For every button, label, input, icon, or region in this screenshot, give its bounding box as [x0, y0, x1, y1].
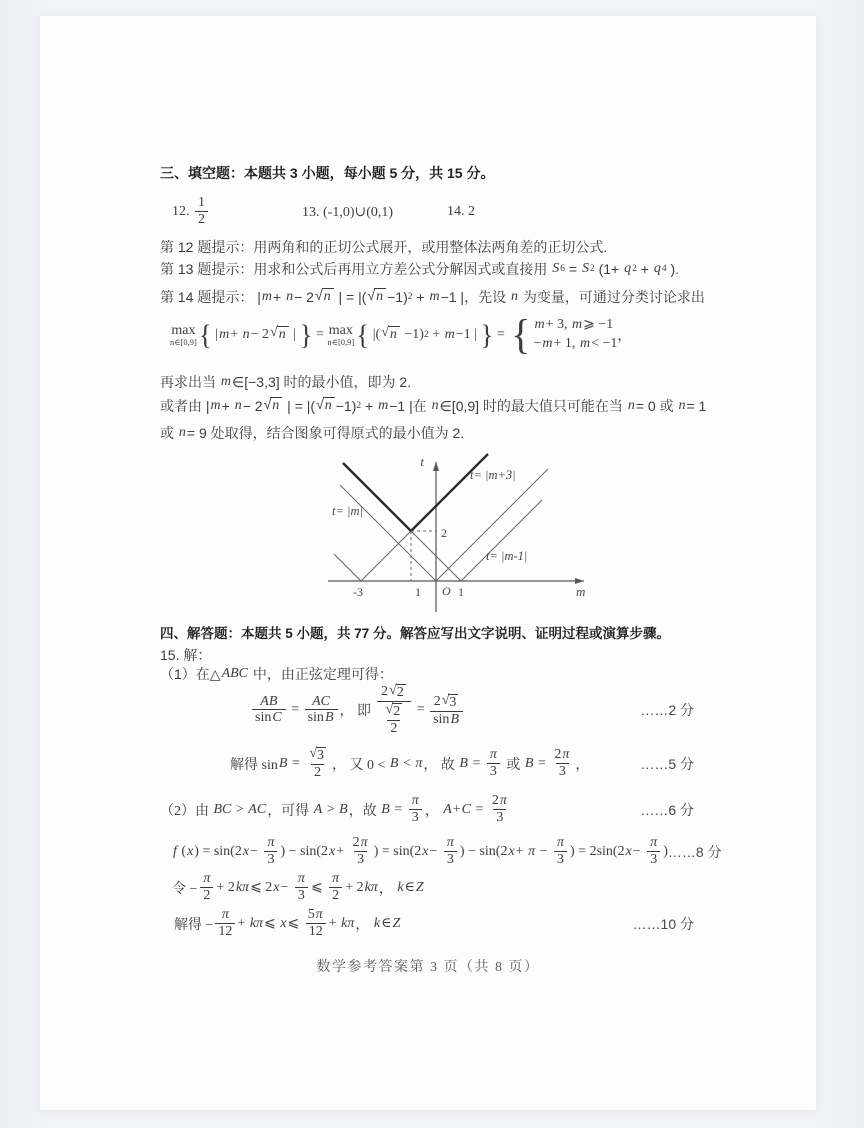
math-token: 2 [396, 684, 406, 701]
math-token: = [288, 702, 303, 718]
math-token: √3 [442, 694, 459, 711]
math-token: ) = sin(2 [194, 844, 242, 860]
math-token: （1）在△ [160, 664, 221, 684]
math-token: π [527, 844, 536, 860]
math-token: > [323, 802, 338, 818]
math-token: 或 [503, 754, 524, 774]
math-token: √3 [305, 747, 330, 764]
math-token: n [234, 398, 243, 414]
math-token: = [391, 802, 406, 818]
math-token: ∈ [381, 915, 391, 932]
math-token: π [221, 908, 230, 923]
math-token: π3 [408, 794, 423, 825]
math-token: 3 [412, 811, 419, 826]
math-token: π [297, 872, 306, 887]
math-token: C [461, 802, 472, 818]
math-token: π [649, 836, 658, 851]
math-token: 2 [554, 748, 561, 763]
math-token: = [493, 327, 508, 343]
math-token: = [313, 327, 328, 343]
math-token: m [261, 289, 273, 305]
math-token: + [329, 916, 340, 932]
math-token: B [449, 713, 460, 728]
math-token: 3 [354, 851, 367, 868]
math-token: − 2 [294, 289, 314, 305]
math-token: √22 [377, 701, 412, 737]
math-token: π [202, 872, 211, 887]
math-token: π [411, 794, 420, 809]
math-token: 2π [489, 794, 511, 809]
math-token: kπ [249, 916, 264, 932]
math-token: m [579, 335, 591, 354]
absolute-value-graph: t m O -3 1 1 2 t= |m+3| t= |m| t= |m-1| [320, 448, 600, 620]
math-token: x [421, 844, 429, 860]
math-token: k [373, 916, 381, 932]
math-token: − [534, 335, 542, 354]
math-token: Z [391, 916, 401, 932]
math-token: ， 故 [423, 754, 458, 774]
part1-intro-text: （1）在△ABC 中，由正弦定理可得： [160, 664, 393, 684]
math-token: Z [415, 880, 425, 896]
math-token: 12 [215, 923, 235, 940]
math-token: n [270, 397, 282, 414]
math-token: 3 [317, 748, 324, 764]
math-token: 2 [332, 889, 339, 904]
math-token: √n [367, 288, 386, 305]
origin-label: O [442, 584, 451, 598]
math-token: 2 [393, 704, 400, 720]
math-token: √ [442, 694, 450, 708]
math-token: x [186, 844, 194, 860]
math-token: 12 [195, 196, 208, 227]
math-token: S [551, 261, 560, 277]
math-token: 12 [306, 923, 326, 940]
math-token: m+ 3, m⩾ −1−m+ 1, m< −1 [534, 316, 618, 354]
math-token: ， 又 0 < [332, 754, 389, 774]
section3-heading: 三、填空题：本题共 3 小题，每小题 5 分，共 15 分。 [160, 163, 694, 183]
math-token: (1+ [595, 261, 623, 277]
math-token: √ [264, 397, 272, 411]
t-axis-arrow-icon [433, 462, 439, 471]
math-token: ， [425, 800, 443, 820]
math-token: 3 [490, 765, 497, 780]
math-token: ABsinC [252, 695, 286, 726]
math-token: n [323, 289, 332, 305]
math-token: −1 | [456, 327, 481, 343]
math-token: m+ 3, m⩾ −1 [534, 316, 614, 335]
math-token: m [218, 327, 230, 343]
math-token: 5 [308, 908, 315, 923]
math-token: π [556, 836, 565, 851]
math-token: n [285, 289, 294, 305]
math-token: ) − sin(2 [460, 844, 508, 860]
solution-range-line: 解得 −π12+ kπ⩽ x⩽ 5π12+ kπ， k∈Z ……10 分 [160, 908, 694, 939]
math-token: π [263, 836, 278, 851]
math-token: n∈[0,9] [170, 338, 197, 347]
math-token: − [633, 844, 644, 860]
math-token: 5π [305, 908, 327, 923]
math-token: = [413, 702, 428, 718]
math-token: 5π12 [305, 908, 327, 939]
math-token: n [375, 289, 384, 305]
max-formula: maxn∈[0,9]{ |m+ n− 2√n | } = maxn∈[0,9]{… [170, 316, 631, 354]
math-token: 3 [267, 853, 274, 868]
math-token: maxn∈[0,9] [327, 324, 354, 347]
score-mark: ……5 分 [640, 754, 694, 774]
math-token: sinB [305, 709, 338, 726]
fx-line: f (x) = sin(2x− π3) − sin(2x+ 2π3) = sin… [160, 836, 694, 867]
label-curve-m-plus-3: t= |m+3| [470, 468, 516, 482]
math-token: 3 [264, 851, 277, 868]
math-token: 3 [295, 887, 308, 904]
math-token: √ [389, 684, 397, 698]
math-token: B [524, 756, 535, 772]
math-token: π3 [486, 748, 501, 779]
math-token: sin [255, 711, 271, 726]
math-token: π3 [646, 836, 661, 867]
tick-2: 2 [441, 526, 447, 540]
math-token: 中，由正弦定理可得： [249, 664, 393, 684]
math-token: maxn∈[0,9] [170, 324, 197, 347]
math-token: k [396, 880, 404, 896]
math-token: = 9 处取得，结合图象可得原式的最小值为 2. [187, 423, 464, 443]
math-token: 2π3 [350, 836, 372, 867]
math-token: + 2 [216, 880, 234, 896]
math-token: m [210, 398, 222, 414]
math-token: ). [667, 261, 679, 277]
math-token: ( [178, 844, 186, 860]
label-curve-m-minus-1: t= |m-1| [486, 549, 527, 563]
score-mark: ……8 分 [668, 842, 722, 862]
math-token: S [581, 261, 590, 277]
math-token: n [374, 288, 386, 305]
math-token: + [412, 289, 428, 305]
math-token: m [377, 398, 389, 414]
sine-rule-formula: ABsinC = ACsinB， 即 2√2√22 = 2√3sinB [250, 684, 465, 737]
solution-range-formula: 解得 −π12+ kπ⩽ x⩽ 5π12+ kπ， k∈Z [174, 908, 401, 939]
math-token: ，可得 [267, 800, 313, 820]
math-token: π [199, 872, 214, 887]
math-token: 2 [195, 211, 208, 228]
math-token: 3 [554, 851, 567, 868]
math-token: 3 [487, 763, 500, 780]
math-token: 2π [551, 748, 573, 763]
math-token: sinB [430, 711, 463, 728]
math-token: | = |( [335, 289, 367, 305]
math-token: {m+ 3, m⩾ −1−m+ 1, m< −1 [511, 316, 617, 354]
math-token: B [458, 756, 469, 772]
math-token: π [408, 794, 423, 809]
math-token: √n [264, 397, 283, 414]
math-token: n [178, 425, 187, 441]
fill-blank-answer-row: 12. 12 13. (-1,0)∪(0,1) 14. 2 [160, 192, 694, 232]
math-token: { [511, 317, 530, 353]
math-token: { [356, 322, 369, 348]
math-token: B [389, 756, 400, 772]
math-token: π12 [215, 908, 235, 939]
math-token: sin [433, 713, 449, 728]
math-token: < [399, 756, 414, 772]
math-token: 2 [311, 764, 324, 781]
math-token: 2 [329, 887, 342, 904]
math-token: n [323, 397, 335, 414]
math-token: C [271, 711, 282, 726]
math-token: n [677, 398, 686, 414]
math-token: max [329, 324, 353, 338]
min-value-line: 再求出当 m∈[−3,3] 时的最小值，即为 2. [160, 372, 694, 392]
math-token: 再求出当 [160, 372, 220, 392]
math-token: − [536, 844, 551, 860]
math-token: n [388, 326, 400, 343]
math-token: + [336, 844, 347, 860]
math-token: 3 [409, 809, 422, 826]
math-token: √22 [382, 703, 407, 737]
m-axis-label: m [576, 584, 585, 599]
math-token: ，故 [349, 800, 381, 820]
score-mark: ……2 分 [640, 700, 694, 720]
math-token: + [516, 844, 527, 860]
math-token: 12. [172, 204, 193, 220]
math-token: π [446, 836, 455, 851]
math-token: ， [379, 878, 397, 898]
math-token: √32 [305, 747, 330, 781]
math-token: √ [309, 747, 317, 761]
math-token: + 3, [546, 316, 571, 335]
math-token: 12 [309, 925, 323, 940]
math-token: max [171, 324, 195, 338]
math-token: ) − sin(2 [280, 844, 328, 860]
math-token: ⩽ [264, 915, 279, 932]
math-token: 2 [390, 722, 397, 737]
math-token: ACsinB [305, 695, 338, 726]
math-token: π3 [443, 836, 458, 867]
math-token: （2）由 [160, 800, 213, 820]
math-token: + [230, 327, 241, 343]
hint-13-formula: 第 13 题提示：用求和公式后再用立方差公式分解因式或直接用 S6 = S2 (… [160, 259, 679, 279]
math-token: π [489, 748, 498, 763]
math-token: π [646, 836, 661, 851]
math-token: ⩾ −1 [583, 316, 613, 335]
math-token: AC [247, 802, 267, 818]
math-token: √ [386, 703, 394, 717]
math-token: π [486, 748, 501, 763]
math-token: 1 [195, 196, 208, 211]
math-token: m [444, 327, 456, 343]
math-token: AB [256, 695, 281, 710]
answer-sheet-page: 三、填空题：本题共 3 小题，每小题 5 分，共 15 分。 12. 12 13… [40, 16, 816, 1110]
math-token: + [273, 289, 285, 305]
inequality-line: 令 −π2+ 2kπ⩽ 2x− π3⩽ π2+ 2kπ， k∈Z [160, 872, 694, 903]
photo-background: 三、填空题：本题共 3 小题，每小题 5 分，共 15 分。 12. 12 13… [0, 0, 864, 1128]
math-token: 3 [444, 851, 457, 868]
math-token: n [278, 327, 287, 343]
math-token: 2 [492, 794, 499, 809]
math-token: √ [270, 326, 278, 340]
math-token: 解得 − [174, 914, 213, 934]
math-token: kπ [364, 880, 379, 896]
hint-13: 第 13 题提示：用求和公式后再用立方差公式分解因式或直接用 S6 = S2 (… [160, 259, 694, 279]
hint-12: 第 12 题提示：用两角和的正切公式展开，或用整体法两角差的正切公式. [160, 237, 694, 257]
math-token: π [414, 756, 423, 772]
math-token: 解得 sin [230, 754, 278, 774]
math-token: n [627, 398, 636, 414]
math-token: m [428, 289, 440, 305]
math-token: 3 [449, 695, 456, 711]
math-token: x [242, 844, 250, 860]
math-token: 或 [160, 423, 178, 443]
math-token: ∈[−3,3] 时的最小值，即为 2. [232, 372, 411, 392]
math-token: √2 [382, 703, 407, 720]
math-token: 2 [200, 887, 213, 904]
math-token: sin [308, 711, 324, 726]
math-token: − [281, 880, 292, 896]
math-token: π [331, 872, 340, 887]
math-token: = 1 [686, 398, 706, 414]
math-token: 令 − [172, 878, 197, 898]
part1-intro: （1）在△ABC 中，由正弦定理可得： [160, 664, 694, 684]
math-token: B [324, 711, 335, 726]
math-token: + [222, 398, 234, 414]
math-token: + [637, 261, 653, 277]
math-token: − 2 [251, 327, 269, 343]
math-token: − [429, 844, 440, 860]
math-token: n∈[0,9] [327, 338, 354, 347]
math-token: 3 [556, 763, 569, 780]
math-token: ， [355, 914, 373, 934]
math-token: 3 [447, 853, 454, 868]
math-token: − 2 [243, 398, 263, 414]
math-token: kπ [235, 880, 250, 896]
math-token: 2 [392, 703, 402, 720]
math-token: 12 [218, 925, 232, 940]
sinB-line: 解得 sinB = √32， 又 0 < B < π， 故 B = π3 或 B… [160, 747, 694, 781]
alternative-formula-2: 或 n= 9 处取得，结合图象可得原式的最小值为 2. [160, 423, 464, 443]
math-token: 2 [397, 685, 404, 701]
math-token: 2√3 [431, 694, 463, 711]
math-token: q [623, 261, 632, 277]
score-mark: ……6 分 [640, 800, 694, 820]
math-token: −1 |，先设 [441, 287, 510, 307]
math-token: | = |( [283, 398, 315, 414]
math-token: √n [315, 288, 334, 305]
math-token: m [220, 374, 232, 390]
math-token: = 0 或 [636, 396, 678, 416]
sinB-formula: 解得 sinB = √32， 又 0 < B < π， 故 B = π3 或 B… [230, 747, 589, 781]
math-token: √n [316, 397, 335, 414]
math-token: ) = sin(2 [374, 844, 422, 860]
math-token: 2 [198, 213, 205, 228]
math-token: 3 [448, 694, 458, 711]
math-token: π2 [199, 872, 214, 903]
math-token: + [361, 398, 377, 414]
math-token: B [380, 802, 391, 818]
math-token: = [565, 261, 581, 277]
math-token: 3 [357, 853, 364, 868]
math-token: A [313, 802, 324, 818]
t-axis-label: t [420, 454, 424, 469]
math-token: √2 [386, 703, 403, 720]
math-token: π [553, 836, 568, 851]
math-token: 2 [434, 695, 441, 710]
math-token: π [561, 748, 570, 763]
hint-14: 第 14 题提示： |m+ n− 2√n | = |(√n−1)2 + m−1 … [160, 287, 694, 307]
section4-heading: 四、解答题：本题共 5 小题，共 77 分。解答应写出文字说明、证明过程或演算步… [160, 622, 694, 642]
part2-formula: （2）由 BC > AC，可得 A > B，故 B = π3， A+C = 2π… [160, 794, 513, 825]
math-token: x [507, 844, 515, 860]
inequality-formula: 令 −π2+ 2kπ⩽ 2x− π3⩽ π2+ 2kπ， k∈Z [172, 872, 425, 903]
math-token: 第 13 题提示：用求和公式后再用立方差公式分解因式或直接用 [160, 259, 551, 279]
math-token: + [429, 327, 444, 343]
math-token: A [442, 802, 453, 818]
math-token: 第 14 题提示： | [160, 287, 261, 307]
math-token: 2 [314, 766, 321, 781]
math-token: + 1, [554, 335, 579, 354]
math-token: π [294, 872, 309, 887]
math-token: ABC [221, 666, 249, 682]
math-token: n [277, 326, 289, 343]
math-token: n [324, 398, 333, 414]
min-value-formula: 再求出当 m∈[−3,3] 时的最小值，即为 2. [160, 372, 411, 392]
math-token: √3 [309, 747, 326, 764]
page-footer: 数学参考答案第 3 页（共 8 页） [40, 956, 816, 976]
math-token: = [288, 756, 303, 772]
math-token: 3 [559, 765, 566, 780]
answer-13: 13. (-1,0)∪(0,1) [302, 192, 393, 232]
math-token: √n [381, 326, 400, 343]
math-token: = [469, 756, 484, 772]
math-token: AC [311, 695, 331, 710]
math-token: √ [315, 288, 323, 302]
math-token: π3 [263, 836, 278, 867]
math-token: 2π3 [551, 748, 573, 779]
math-token: } [300, 322, 313, 348]
math-token: + 2 [345, 880, 363, 896]
max-piecewise-formula: maxn∈[0,9]{ |m+ n− 2√n | } = maxn∈[0,9]{… [170, 316, 704, 354]
math-token: ⩽ [288, 915, 303, 932]
math-token: 为变量，可通过分类讨论求出 [519, 287, 705, 307]
part2-line: （2）由 BC > AC，可得 A > B，故 B = π3， A+C = 2π… [160, 794, 694, 825]
math-token: √ [381, 326, 389, 340]
math-token: π [266, 836, 275, 851]
math-token: √n [270, 326, 289, 343]
sine-rule-line: ABsinC = ACsinB， 即 2√2√22 = 2√3sinB ……2 … [160, 684, 694, 737]
math-token: } [480, 322, 493, 348]
math-token: n [242, 327, 251, 343]
answer-12: 12. 12 [172, 192, 210, 232]
math-token: BC [213, 802, 233, 818]
math-token: −m+ 1, m< −1 [534, 335, 618, 354]
math-token: ∈[0,9] 时的最大值只可能在当 [440, 396, 627, 416]
tick-neg3: -3 [353, 585, 363, 599]
math-token: π [315, 908, 324, 923]
alternative-formula: 或者由 |m+ n− 2√n | = |(√n−1)2 + m−1 |在 n∈[… [160, 396, 706, 416]
math-token: π [360, 836, 369, 851]
math-token: B [338, 802, 349, 818]
math-token: 2√3sinB [430, 694, 463, 728]
math-token: x [272, 880, 280, 896]
math-token: > [232, 802, 247, 818]
math-token: 2 [387, 720, 400, 737]
math-token: |( [369, 327, 380, 343]
answer-14: 14. 2 [447, 192, 475, 232]
math-token: ) = 2sin(2 [570, 844, 625, 860]
math-token: 3 [496, 811, 503, 826]
math-token: 3 [557, 853, 564, 868]
math-token: √2 [389, 684, 406, 701]
math-token: 1 [198, 196, 205, 211]
math-token: n [510, 289, 519, 305]
alternative-method-line1: 或者由 |m+ n− 2√n | = |(√n−1)2 + m−1 |在 n∈[… [160, 396, 694, 416]
